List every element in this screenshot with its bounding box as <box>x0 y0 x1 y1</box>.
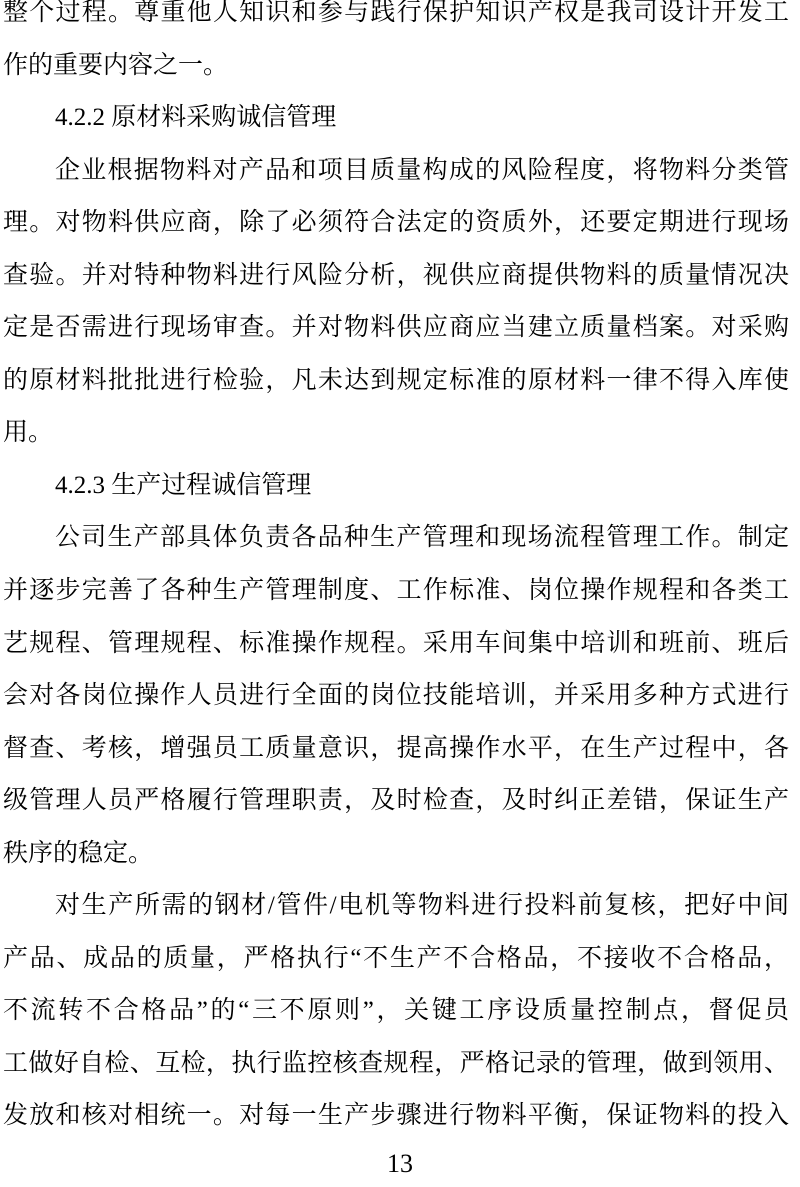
text-line: 整个过程。尊重他人知识和参与践行保护知识产权是我司设计开发工 <box>3 0 789 40</box>
text-line: 对生产所需的钢材/管件/电机等物料进行投料前复核，把好中间 <box>3 880 789 933</box>
text-line: 产品、成品的质量，严格执行“不生产不合格品，不接收不合格品， <box>3 933 789 986</box>
text-line: 用。 <box>3 407 789 460</box>
text-line: 工做好自检、互检，执行监控核查规程，严格记录的管理，做到领用、 <box>3 1038 789 1091</box>
text-block: 整个过程。尊重他人知识和参与践行保护知识产权是我司设计开发工作的重要内容之一。4… <box>3 0 789 1143</box>
text-line: 定是否需进行现场审查。并对物料供应商应当建立质量档案。对采购 <box>3 302 789 355</box>
page-number: 13 <box>0 1148 800 1180</box>
section-heading: 4.2.3 生产过程诚信管理 <box>3 460 789 513</box>
text-line: 企业根据物料对产品和项目质量构成的风险程度，将物料分类管 <box>3 145 789 198</box>
text-line: 艺规程、管理规程、标准操作规程。采用车间集中培训和班前、班后 <box>3 618 789 671</box>
text-line: 作的重要内容之一。 <box>3 40 789 93</box>
text-line: 的原材料批批进行检验，凡未达到规定标准的原材料一律不得入库使 <box>3 355 789 408</box>
text-line: 会对各岗位操作人员进行全面的岗位技能培训，并采用多种方式进行 <box>3 670 789 723</box>
text-line: 督查、考核，增强员工质量意识，提高操作水平，在生产过程中，各 <box>3 723 789 776</box>
text-line: 公司生产部具体负责各品种生产管理和现场流程管理工作。制定 <box>3 512 789 565</box>
document-page: 整个过程。尊重他人知识和参与践行保护知识产权是我司设计开发工作的重要内容之一。4… <box>0 0 800 1187</box>
section-heading: 4.2.2 原材料采购诚信管理 <box>3 92 789 145</box>
text-line: 理。对物料供应商，除了必须符合法定的资质外，还要定期进行现场 <box>3 197 789 250</box>
text-line: 秩序的稳定。 <box>3 828 789 881</box>
text-line: 不流转不合格品”的“三不原则”，关键工序设质量控制点，督促员 <box>3 985 789 1038</box>
text-line: 查验。并对特种物料进行风险分析，视供应商提供物料的质量情况决 <box>3 250 789 303</box>
text-line: 发放和核对相统一。对每一生产步骤进行物料平衡，保证物料的投入 <box>3 1090 789 1143</box>
text-line: 级管理人员严格履行管理职责，及时检查，及时纠正差错，保证生产 <box>3 775 789 828</box>
text-line: 并逐步完善了各种生产管理制度、工作标准、岗位操作规程和各类工 <box>3 565 789 618</box>
